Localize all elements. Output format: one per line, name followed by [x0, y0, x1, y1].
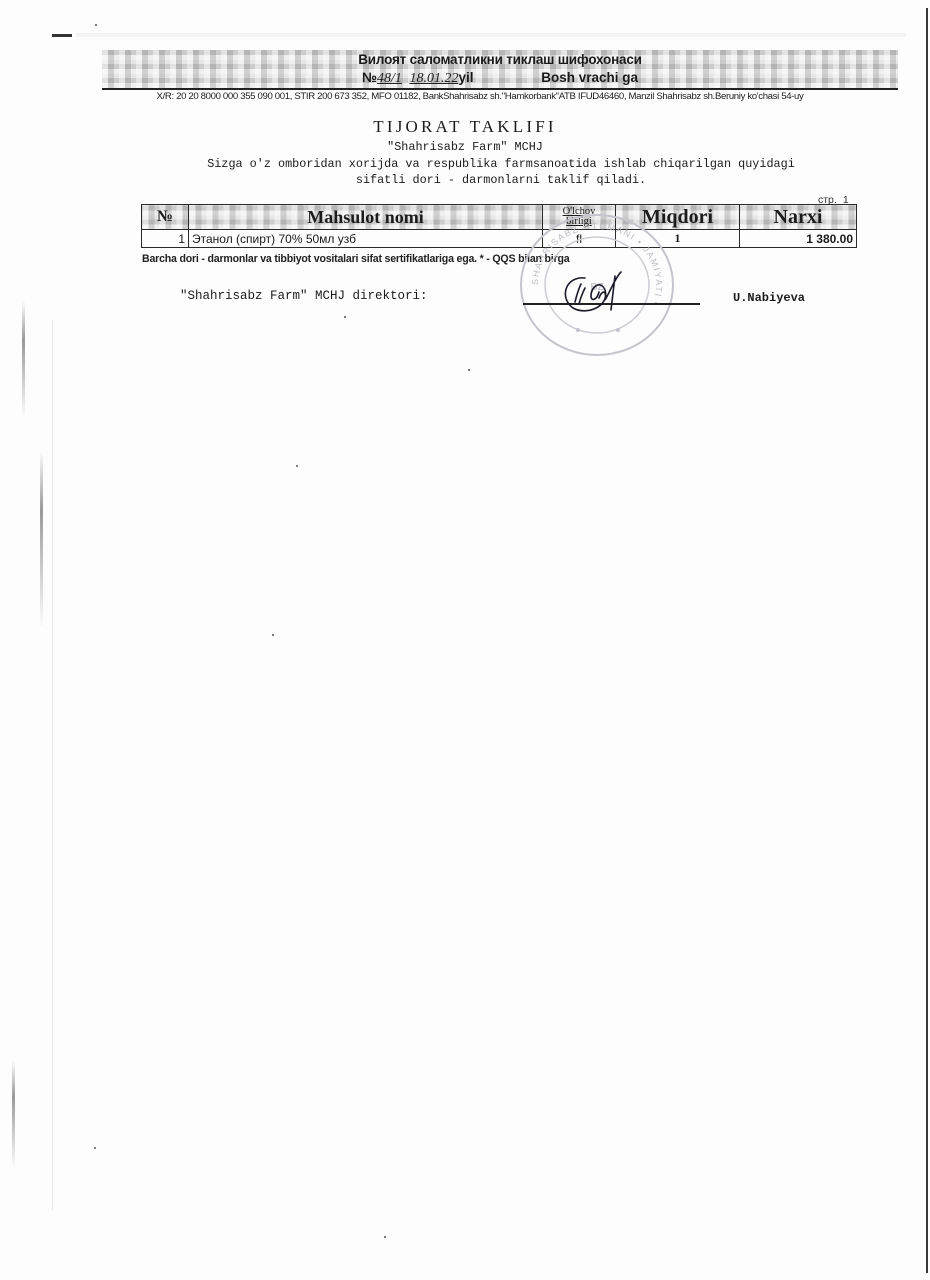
scan-dot — [272, 634, 274, 636]
footnote: Barcha dori - darmonlar va tibbiyot vosi… — [142, 253, 569, 265]
scan-dot — [94, 1147, 96, 1149]
handwritten-date: 18.01.22 — [409, 71, 458, 86]
scan-dot — [384, 1236, 386, 1238]
reference-line: №48/1 18.01.22yil Bosh vrachi ga — [102, 70, 898, 87]
scan-margin — [52, 320, 53, 1210]
cell-no: 1 — [142, 230, 189, 248]
letterhead-rule — [102, 88, 898, 90]
table-row: 1 Этанол (спирт) 70% 50мл узб fl 1 1 380… — [142, 230, 857, 248]
offer-table: № Mahsulot nomi O'lchov birligi Miqdori … — [141, 204, 857, 248]
header-product-name: Mahsulot nomi — [189, 205, 543, 230]
table-header-row: № Mahsulot nomi O'lchov birligi Miqdori … — [142, 205, 857, 230]
scan-dot — [95, 24, 97, 26]
scan-edge — [76, 33, 906, 37]
recipient-org: Вилоят саломатликни тиклаш шифохонаси — [102, 52, 898, 67]
letterhead: Вилоят саломатликни тиклаш шифохонаси №4… — [102, 50, 898, 88]
signature-icon — [555, 268, 630, 316]
scan-smudge — [40, 450, 43, 630]
year-suffix: yil — [458, 70, 473, 85]
recipient-title: Bosh vrachi ga — [541, 70, 638, 85]
intro-line-2: sifatli dori - darmonlarni taklif qiladi… — [0, 173, 930, 187]
handwritten-number: 48/1 — [377, 71, 402, 86]
scan-dot — [344, 316, 346, 318]
scan-smudge — [12, 1060, 15, 1170]
scan-dot — [296, 465, 298, 467]
company-name: "Shahrisabz Farm" MCHJ — [0, 140, 930, 154]
director-label: "Shahrisabz Farm" MCHJ direktori: — [180, 289, 428, 303]
header-no: № — [142, 205, 189, 230]
cell-price: 1 380.00 — [740, 230, 857, 248]
header-price: Narxi — [740, 205, 857, 230]
director-name: U.Nabiyeva — [733, 291, 805, 305]
cell-product-name: Этанол (спирт) 70% 50мл узб — [189, 230, 543, 248]
reference-number: №48/1 18.01.22yil — [362, 70, 473, 85]
intro-line-1: Sizga o'z omboridan xorijda va respublik… — [0, 157, 930, 171]
document-title: TIJORAT TAKLIFI — [0, 117, 930, 137]
scan-edge-right — [926, 8, 928, 1273]
scan-dot — [468, 369, 470, 371]
scan-smudge — [22, 300, 25, 420]
number-prefix: № — [362, 70, 377, 85]
scan-mark — [52, 34, 72, 37]
bank-details: X/R: 20 20 8000 000 355 090 001, STIR 20… — [0, 91, 930, 102]
